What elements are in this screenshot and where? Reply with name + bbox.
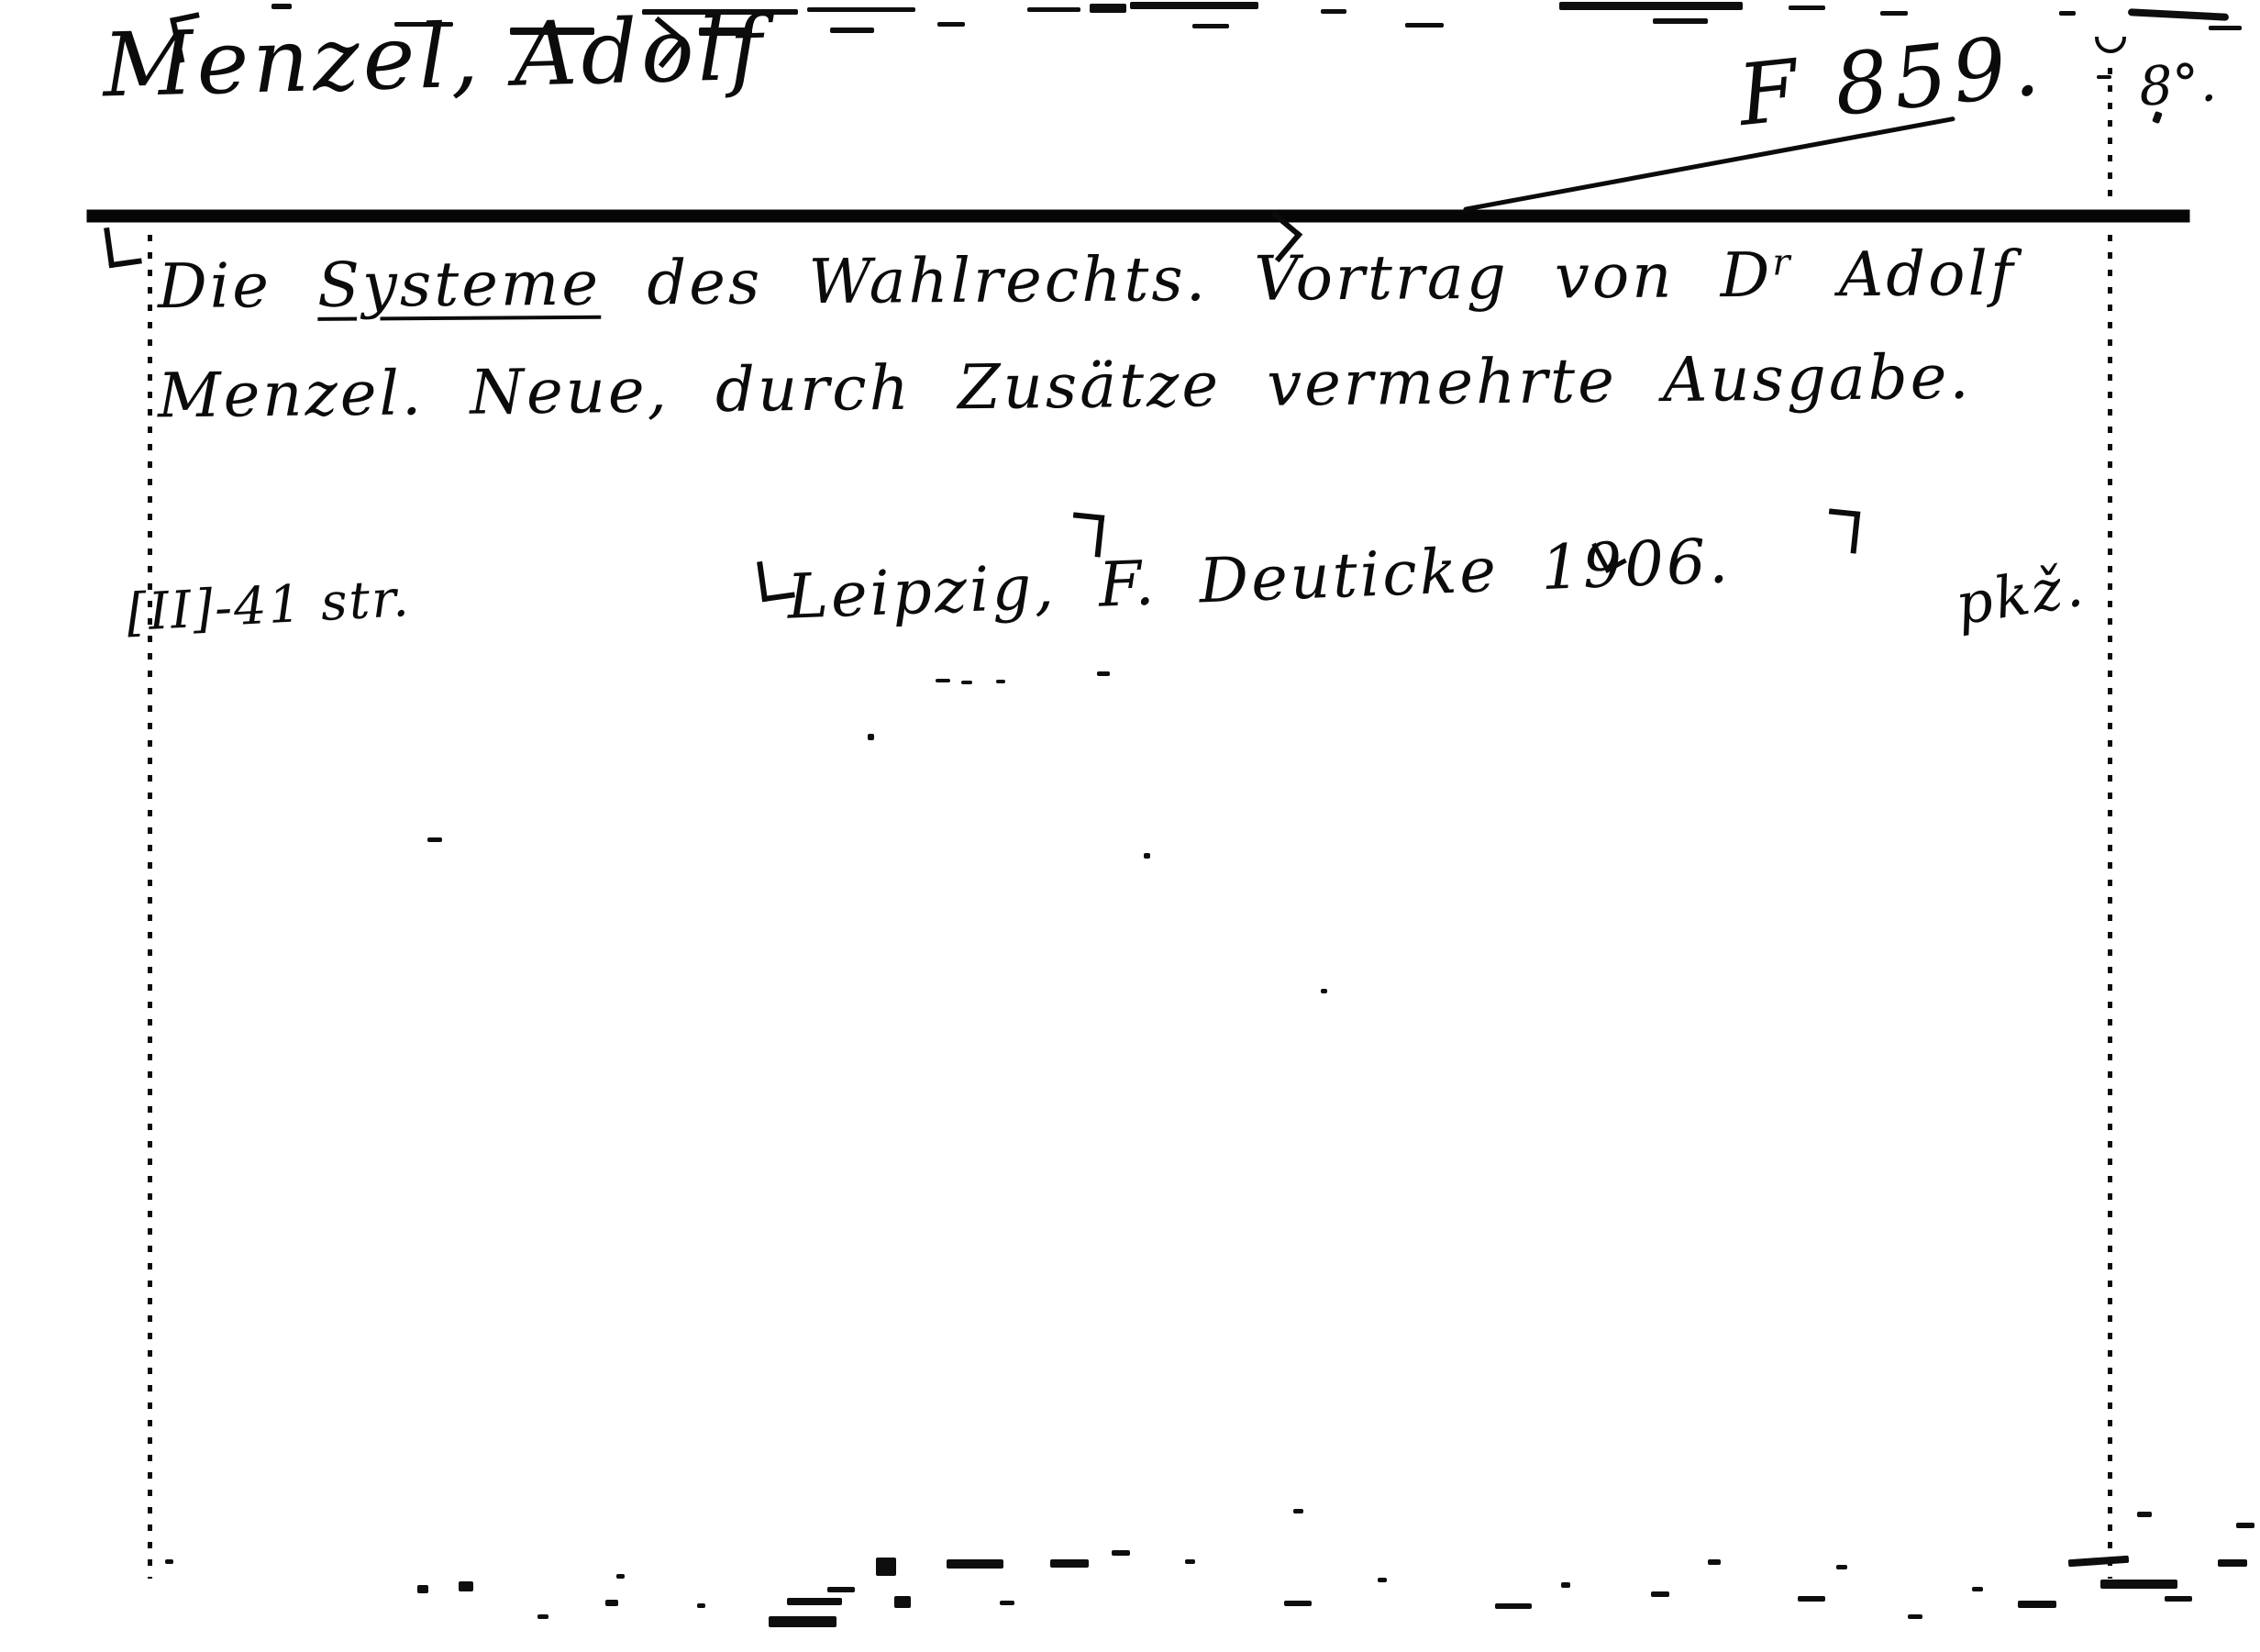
scan-noise — [699, 28, 752, 36]
scan-noise — [947, 1559, 1003, 1569]
scan-noise — [894, 1596, 911, 1608]
breve-mark — [2095, 37, 2126, 53]
scan-noise — [1027, 7, 1080, 12]
scan-noise — [1130, 2, 1258, 9]
dr-superscript: r — [1772, 241, 1793, 283]
scan-noise — [1836, 1565, 1847, 1569]
collation: [II]-41 str. — [126, 569, 413, 643]
scan-noise — [1112, 1550, 1130, 1556]
scan-noise — [936, 679, 950, 682]
imprint-year: 1906. — [1540, 525, 1733, 604]
title-line-1: Die Systeme des Wahlrechts. Vortrag von … — [158, 238, 2016, 322]
scan-noise — [417, 1585, 428, 1593]
scan-noise — [2018, 1601, 2056, 1608]
scan-noise — [876, 1558, 896, 1576]
format-octavo: 8°. — [2137, 50, 2219, 118]
scan-noise — [1378, 1578, 1387, 1582]
caret-mark — [104, 224, 142, 269]
scan-noise — [937, 22, 965, 27]
caret-mark — [1825, 508, 1861, 553]
scan-noise — [2137, 1512, 2152, 1517]
scan-noise — [868, 734, 874, 740]
shelfmark: F 859. — [1734, 16, 2048, 145]
pen-flourish — [1463, 116, 1955, 212]
right-margin-dotted-line — [2108, 235, 2112, 1579]
scan-noise — [427, 837, 442, 842]
scan-noise — [1000, 1601, 1014, 1605]
scan-noise — [1090, 4, 1126, 13]
scan-noise — [1798, 1596, 1825, 1602]
scan-noise — [807, 7, 915, 12]
imprint-place: Leipzig, — [786, 551, 1058, 633]
scan-noise — [1880, 11, 1908, 16]
scan-noise — [537, 1614, 548, 1619]
scan-noise — [2165, 1596, 2192, 1602]
scan-noise — [1908, 1614, 1922, 1619]
title-line-2: Menzel. Neue, durch Zusätze vermehrte Au… — [158, 341, 1972, 432]
scan-noise — [1789, 6, 1825, 10]
scan-noise — [1653, 18, 1708, 24]
scan-noise — [605, 1600, 618, 1606]
scan-noise — [1321, 989, 1327, 993]
scan-noise — [2059, 11, 2076, 16]
scan-noise — [1651, 1591, 1669, 1597]
caret-mark — [1069, 512, 1105, 557]
scan-noise — [510, 28, 594, 35]
title-text: Adolf — [1792, 238, 2016, 311]
scan-noise — [1284, 1601, 1312, 1606]
scan-noise — [2209, 26, 2242, 30]
scan-noise — [830, 28, 874, 33]
scan-noise — [2236, 1523, 2254, 1528]
scan-noise — [1144, 853, 1150, 859]
scan-noise — [616, 1574, 625, 1579]
binding-note: pkž. — [1951, 551, 2089, 638]
scan-noise — [697, 1603, 705, 1608]
scan-noise — [459, 1581, 473, 1591]
head-rule — [87, 210, 2189, 222]
scan-noise — [1708, 1559, 1721, 1565]
title-text: Die — [158, 249, 318, 322]
scan-noise — [2068, 1556, 2129, 1568]
scan-noise — [1293, 1509, 1303, 1513]
left-margin-dotted-line — [148, 235, 152, 1579]
imprint: Leipzig, F. Deuticke 1906. — [786, 525, 1732, 632]
scan-noise — [1405, 23, 1444, 28]
scan-noise — [394, 22, 453, 27]
scan-noise — [1321, 9, 1346, 14]
title-text: des Wahlrechts. Vortrag von D — [601, 239, 1773, 319]
imprint-publisher: F. Deuticke — [1097, 534, 1500, 621]
scan-noise — [1097, 671, 1110, 676]
scan-noise — [996, 680, 1005, 683]
filing-word: Systeme — [317, 248, 601, 321]
scan-noise — [1559, 2, 1743, 10]
scan-noise — [2128, 8, 2229, 21]
scan-noise — [961, 681, 972, 684]
scan-noise — [1972, 1587, 1983, 1591]
format-divider-dotted-line — [2108, 68, 2112, 207]
catalog-card: Menzel, Adolf F 859. 8°. Die Systeme des… — [0, 0, 2260, 1652]
scan-noise — [1185, 1559, 1195, 1564]
scan-noise — [1495, 1603, 1532, 1609]
scan-noise — [769, 1616, 836, 1627]
scan-noise — [1192, 24, 1229, 28]
scan-noise — [2097, 75, 2111, 79]
scan-noise — [787, 1598, 842, 1605]
scan-noise — [2100, 1580, 2177, 1589]
scan-noise — [165, 1559, 173, 1564]
scan-noise — [271, 4, 292, 9]
scan-noise — [2218, 1559, 2247, 1567]
scan-noise — [1050, 1559, 1089, 1568]
scan-noise — [827, 1587, 855, 1592]
scan-noise — [642, 9, 798, 15]
scan-noise — [1561, 1582, 1570, 1588]
